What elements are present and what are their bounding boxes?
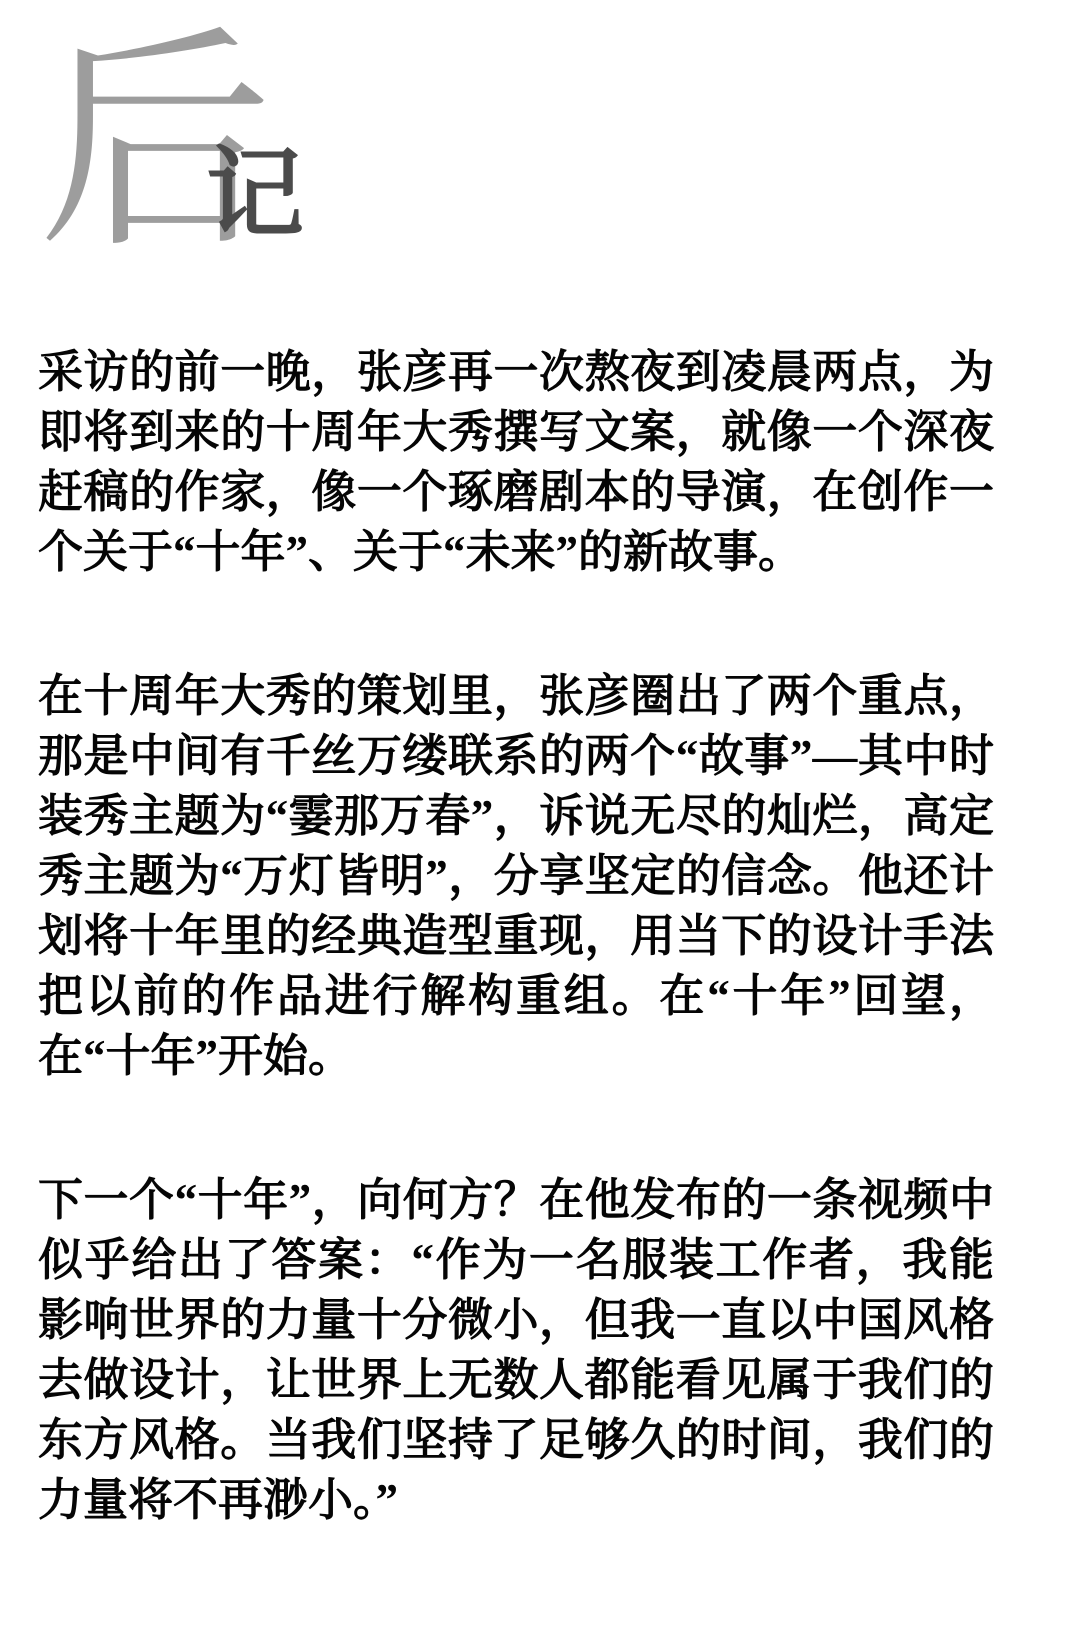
afterword-body: 采访的前一晚，张彦再一次熬夜到凌晨两点，为即将到来的十周年大秀撰写文案，就像一个… xyxy=(38,342,994,1530)
afterword-title: 后 记 xyxy=(38,28,994,280)
paragraph-show-plan: 在十周年大秀的策划里，张彦圈出了两个重点，那是中间有千丝万缕联系的两个“故事”—… xyxy=(38,666,994,1086)
afterword-page: 后 记 采访的前一晚，张彦再一次熬夜到凌晨两点，为即将到来的十周年大秀撰写文案，… xyxy=(0,0,1080,1643)
title-sub-char: 记 xyxy=(206,140,304,250)
paragraph-next-decade: 下一个“十年”，向何方？在他发布的一条视频中似乎给出了答案：“作为一名服装工作者… xyxy=(38,1170,994,1530)
paragraph-intro: 采访的前一晚，张彦再一次熬夜到凌晨两点，为即将到来的十周年大秀撰写文案，就像一个… xyxy=(38,342,994,582)
